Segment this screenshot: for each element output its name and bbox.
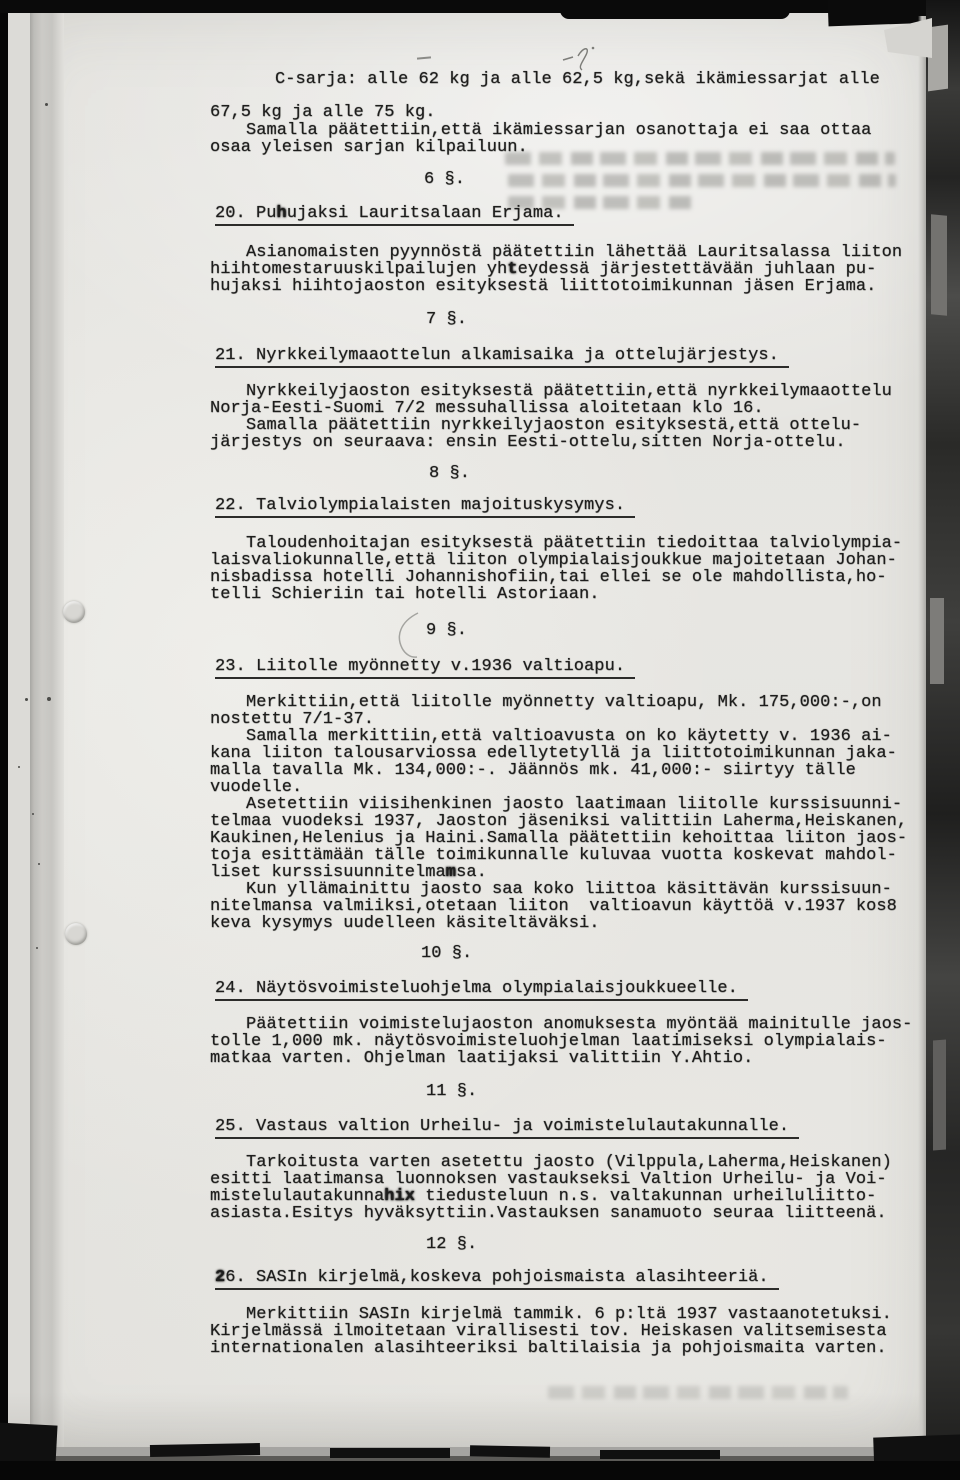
text-line: toja esittämään tälle toimikunnalle kulu…: [210, 847, 897, 864]
scan-edge-bottom: [330, 1448, 450, 1458]
text-line: nitelmansa valmiiksi,otetaan liiton valt…: [210, 898, 897, 915]
scan-edge-bottom: [470, 1445, 550, 1457]
text-line: Merkittiin SASIn kirjelmä tammik. 6 p:lt…: [246, 1306, 892, 1323]
section-title: 24. Näytösvoimisteluohjelma olympialaisj…: [215, 980, 748, 1001]
section-marker: 8 §.: [429, 465, 470, 482]
page-stack-edge: [930, 598, 944, 684]
scanned-document-page: { "doc": { "intro": { "l1": "C-sarja: al…: [0, 0, 960, 1480]
section-marker: 10 §.: [421, 945, 472, 962]
text-line: nisbadissa hotelli Johannishofiin,tai el…: [210, 569, 887, 586]
text-line: 67,5 kg ja alle 75 kg.: [210, 104, 436, 121]
scan-edge-top: [560, 0, 790, 19]
text-line: Päätettiin voimistelujaoston anomuksesta…: [246, 1016, 912, 1033]
text-line: telmaa vuodeksi 1937, Jaoston jäseniksi …: [210, 813, 907, 830]
scan-edge-bottom: [0, 1461, 960, 1480]
section-marker: 9 §.: [426, 622, 467, 639]
text-line: esitti laatimansa luonnoksen vastaukseks…: [210, 1171, 887, 1188]
scan-edge-bottom: [150, 1443, 260, 1457]
scan-edge-top: [0, 0, 960, 13]
text-line: Kun yllämainittu jaosto saa koko liittoa…: [246, 881, 892, 898]
text-line: Samalla merkittiin,että valtioavusta on …: [246, 728, 892, 745]
page-stack-edge: [931, 214, 947, 315]
section-title: 22. Talviolympialaisten majoituskysymys.: [215, 497, 635, 518]
text-segment: 6. SASIn kirjelmä,koskeva pohjoismaista …: [225, 1268, 768, 1287]
section-title: 25. Vastaus valtion Urheilu- ja voimiste…: [215, 1118, 799, 1139]
text-line: vuodelle.: [210, 779, 302, 796]
text-line: nostettu 7/1-37.: [210, 711, 374, 728]
text-line: osaa yleisen sarjan kilpailuun.: [210, 139, 528, 156]
scan-edge-bottom: [600, 1450, 720, 1459]
text-line: Kaukinen,Helenius ja Haini.Samalla pääte…: [210, 830, 907, 847]
text-line: asiasta.Esitys hyväksyttiin.Vastauksen s…: [210, 1205, 887, 1222]
text-line: laisvaliokunnalle,että liiton olympialai…: [210, 552, 897, 569]
text-line: keva kysymys uudelleen käsiteltäväksi.: [210, 915, 600, 932]
text-line: Samalla päätettiin nyrkkeilyjaoston esit…: [246, 417, 861, 434]
text-line: Asianomaisten pyynnöstä päätettiin lähet…: [246, 244, 902, 261]
text-line: hujaksi hiihtojaoston esityksestä liitto…: [210, 278, 876, 295]
text-line: internationalen alasihteeriksi baltilais…: [210, 1340, 887, 1357]
text-line: tolle 1,000 mk. näytösvoimisteluohjelman…: [210, 1033, 887, 1050]
text-line: Merkittiin,että liitolle myönnetty valti…: [246, 694, 882, 711]
section-marker: 6 §.: [424, 171, 465, 188]
section-title: 26. SASIn kirjelmä,koskeva pohjoismaista…: [215, 1269, 779, 1290]
section-marker: 12 §.: [426, 1236, 477, 1253]
text-line: matkaa varten. Ohjelman laatijaksi valit…: [210, 1050, 753, 1067]
text-line: järjestys on seuraava: ensin Eesti-ottel…: [210, 434, 846, 451]
page-stack-edge: [933, 1040, 946, 1151]
text-line: malla tavalla Mk. 134,000:-. Jäännös mk.…: [210, 762, 856, 779]
text-line: Norja-Eesti-Suomi 7/2 messuhallissa aloi…: [210, 400, 764, 417]
text-line: Samalla päätettiin,että ikämiessarjan os…: [246, 122, 871, 139]
section-title: 23. Liitolle myönnetty v.1936 valtioapu.: [215, 658, 635, 679]
section-marker: 11 §.: [426, 1083, 477, 1100]
text-line: mistelulautakunnahix tiedusteluun n.s. v…: [210, 1188, 876, 1205]
document-text: C-sarja: alle 62 kg ja alle 62,5 kg,sekä…: [0, 0, 960, 1480]
text-line: liset kurssisuunnitelmamsa.: [210, 864, 487, 881]
text-line: Kirjelmässä ilmoitetaan virallisesti tov…: [210, 1323, 887, 1340]
text-segment: ujaksi Lauritsalaan Erjama.: [287, 204, 564, 223]
text-line: Tarkoitusta varten asetettu jaosto (Vilp…: [246, 1154, 892, 1171]
overstrike-segment: h: [277, 204, 287, 223]
text-line: hiihtomestaruuskilpailujen yhteydessä jä…: [210, 261, 876, 278]
text-segment: 20. Pu: [215, 204, 277, 223]
text-line: kana liiton talousarviossa edellytetyllä…: [210, 745, 897, 762]
text-line: Asetettiin viisihenkinen jaosto laatimaa…: [246, 796, 902, 813]
text-line: Taloudenhoitajan esityksestä päätettiin …: [246, 535, 902, 552]
overstrike-segment: 2: [215, 1268, 225, 1287]
text-line: Nyrkkeilyjaoston esityksestä päätettiin,…: [246, 383, 892, 400]
section-title: 21. Nyrkkeilymaaottelun alkamisaika ja o…: [215, 347, 789, 368]
section-title: 20. Puhujaksi Lauritsalaan Erjama.: [215, 205, 574, 226]
section-marker: 7 §.: [426, 311, 467, 328]
text-line: telli Schieriin tai hotelli Astoriaan.: [210, 586, 600, 603]
text-line: C-sarja: alle 62 kg ja alle 62,5 kg,sekä…: [275, 71, 880, 88]
